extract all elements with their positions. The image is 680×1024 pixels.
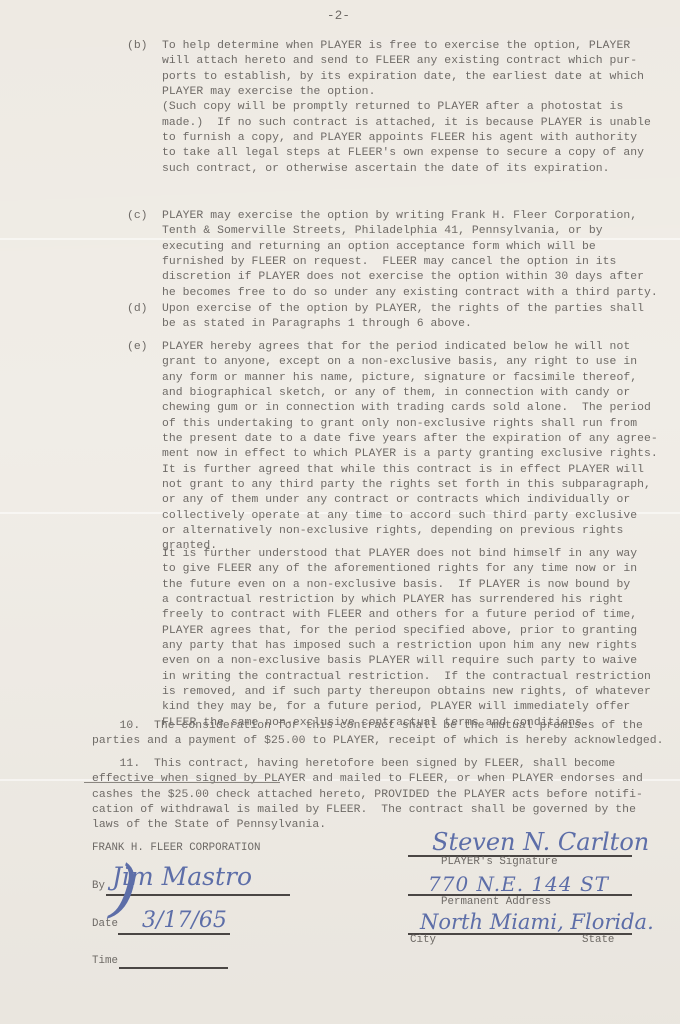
text-line: even on a non-exclusive basis PLAYER wil… xyxy=(162,654,651,669)
text-line: or alternatively non-exclusive rights, d… xyxy=(162,524,658,539)
text-line: cation of withdrawal is mailed by FLEER.… xyxy=(92,803,643,818)
page-number: -2- xyxy=(327,9,350,23)
text-line: such contract, or otherwise ascertain th… xyxy=(162,162,651,177)
paragraph-label-e: (e) xyxy=(127,340,148,355)
text-line: any party that has imposed such a restri… xyxy=(162,639,651,654)
text-line: grant to anyone, except on a non-exclusi… xyxy=(162,355,658,370)
date-line[interactable] xyxy=(118,933,230,935)
text-line: to give FLEER any of the aforementioned … xyxy=(162,562,651,577)
city-label: City xyxy=(410,934,436,946)
text-line: 11. This contract, having heretofore bee… xyxy=(92,757,643,772)
text-line: It is further understood that PLAYER doe… xyxy=(162,547,651,562)
text-line: executing and returning an option accept… xyxy=(162,240,658,255)
paragraph-label-c: (c) xyxy=(127,209,148,224)
paragraph-c: PLAYER may exercise the option by writin… xyxy=(162,209,658,301)
text-line: any form or manner his name, picture, si… xyxy=(162,371,658,386)
date-value: 3/17/65 xyxy=(142,908,227,933)
text-line: To help determine when PLAYER is free to… xyxy=(162,39,651,54)
time-label: Time xyxy=(92,955,118,967)
text-line: 10. The consideration for this contract … xyxy=(92,719,664,734)
text-line: Tenth & Somerville Streets, Philadelphia… xyxy=(162,224,658,239)
text-line: Upon exercise of the option by PLAYER, t… xyxy=(162,302,644,317)
player-signature: Steven N. Carlton xyxy=(432,828,649,856)
player-signature-label: PLAYER's Signature xyxy=(441,856,558,868)
text-line: or any of them under any contract or con… xyxy=(162,493,658,508)
text-line: PLAYER may exercise the option by writin… xyxy=(162,209,658,224)
text-line: (Such copy will be promptly returned to … xyxy=(162,100,651,115)
text-line: in writing the contractual restriction. … xyxy=(162,670,651,685)
text-line: ment now in effect to which PLAYER is a … xyxy=(162,447,658,462)
text-line: the future even on a non-exclusive basis… xyxy=(162,578,651,593)
by-label: By xyxy=(92,880,105,892)
contract-page: -2- (b) To help determine when PLAYER is… xyxy=(0,0,680,1024)
text-line: PLAYER agrees that, for the period speci… xyxy=(162,624,651,639)
paragraph-label-b: (b) xyxy=(127,39,148,54)
paragraph-b: To help determine when PLAYER is free to… xyxy=(162,39,651,177)
text-line: made.) If no such contract is attached, … xyxy=(162,116,651,131)
text-line: chewing gum or in connection with tradin… xyxy=(162,401,658,416)
paragraph-e: PLAYER hereby agrees that for the period… xyxy=(162,340,658,555)
text-line: he becomes free to do so under any exist… xyxy=(162,286,658,301)
city-state-value: North Miami, Florida. xyxy=(420,910,654,934)
text-line: freely to contract with FLEER and others… xyxy=(162,608,651,623)
text-line: to take all legal steps at FLEER's own e… xyxy=(162,146,651,161)
text-line: is removed, and if such party thereupon … xyxy=(162,685,651,700)
text-line: not grant to any third party the rights … xyxy=(162,478,658,493)
text-line: a contractual restriction by which PLAYE… xyxy=(162,593,651,608)
paragraph-d: Upon exercise of the option by PLAYER, t… xyxy=(162,302,644,333)
text-line: PLAYER may exercise the option. xyxy=(162,85,651,100)
paragraph-label-d: (d) xyxy=(127,302,148,317)
address-label: Permanent Address xyxy=(441,896,551,908)
state-label: State xyxy=(582,934,614,946)
text-line: parties and a payment of $25.00 to PLAYE… xyxy=(92,734,664,749)
paragraph-10: 10. The consideration for this contract … xyxy=(92,719,664,750)
address-value: 770 N.E. 144 ST xyxy=(428,872,609,896)
text-line: cashes the $25.00 check attached hereto,… xyxy=(92,788,643,803)
paragraph-e-continuation: It is further understood that PLAYER doe… xyxy=(162,547,651,731)
text-line: to furnish a copy, and PLAYER appoints F… xyxy=(162,131,651,146)
text-line: PLAYER hereby agrees that for the period… xyxy=(162,340,658,355)
text-line: discretion if PLAYER does not exercise t… xyxy=(162,270,658,285)
text-line: kind they may be, for a future period, P… xyxy=(162,700,651,715)
text-line: be as stated in Paragraphs 1 through 6 a… xyxy=(162,317,644,332)
paragraph-11: 11. This contract, having heretofore bee… xyxy=(92,757,643,834)
text-line: will attach hereto and send to FLEER any… xyxy=(162,54,651,69)
text-line: furnished by FLEER on request. FLEER may… xyxy=(162,255,658,270)
strikethrough-mark xyxy=(84,782,280,783)
text-line: collectively operate at any time to acco… xyxy=(162,509,658,524)
text-line: ports to establish, by its expiration da… xyxy=(162,70,651,85)
text-line: It is further agreed that while this con… xyxy=(162,463,658,478)
text-line: effective when signed by PLAYER and mail… xyxy=(92,772,643,787)
time-line[interactable] xyxy=(119,967,228,969)
text-line: the present date to a date five years af… xyxy=(162,432,658,447)
date-label: Date xyxy=(92,918,118,930)
text-line: and biographical sketch, or any of them,… xyxy=(162,386,658,401)
text-line: of this undertaking to grant only non-ex… xyxy=(162,417,658,432)
